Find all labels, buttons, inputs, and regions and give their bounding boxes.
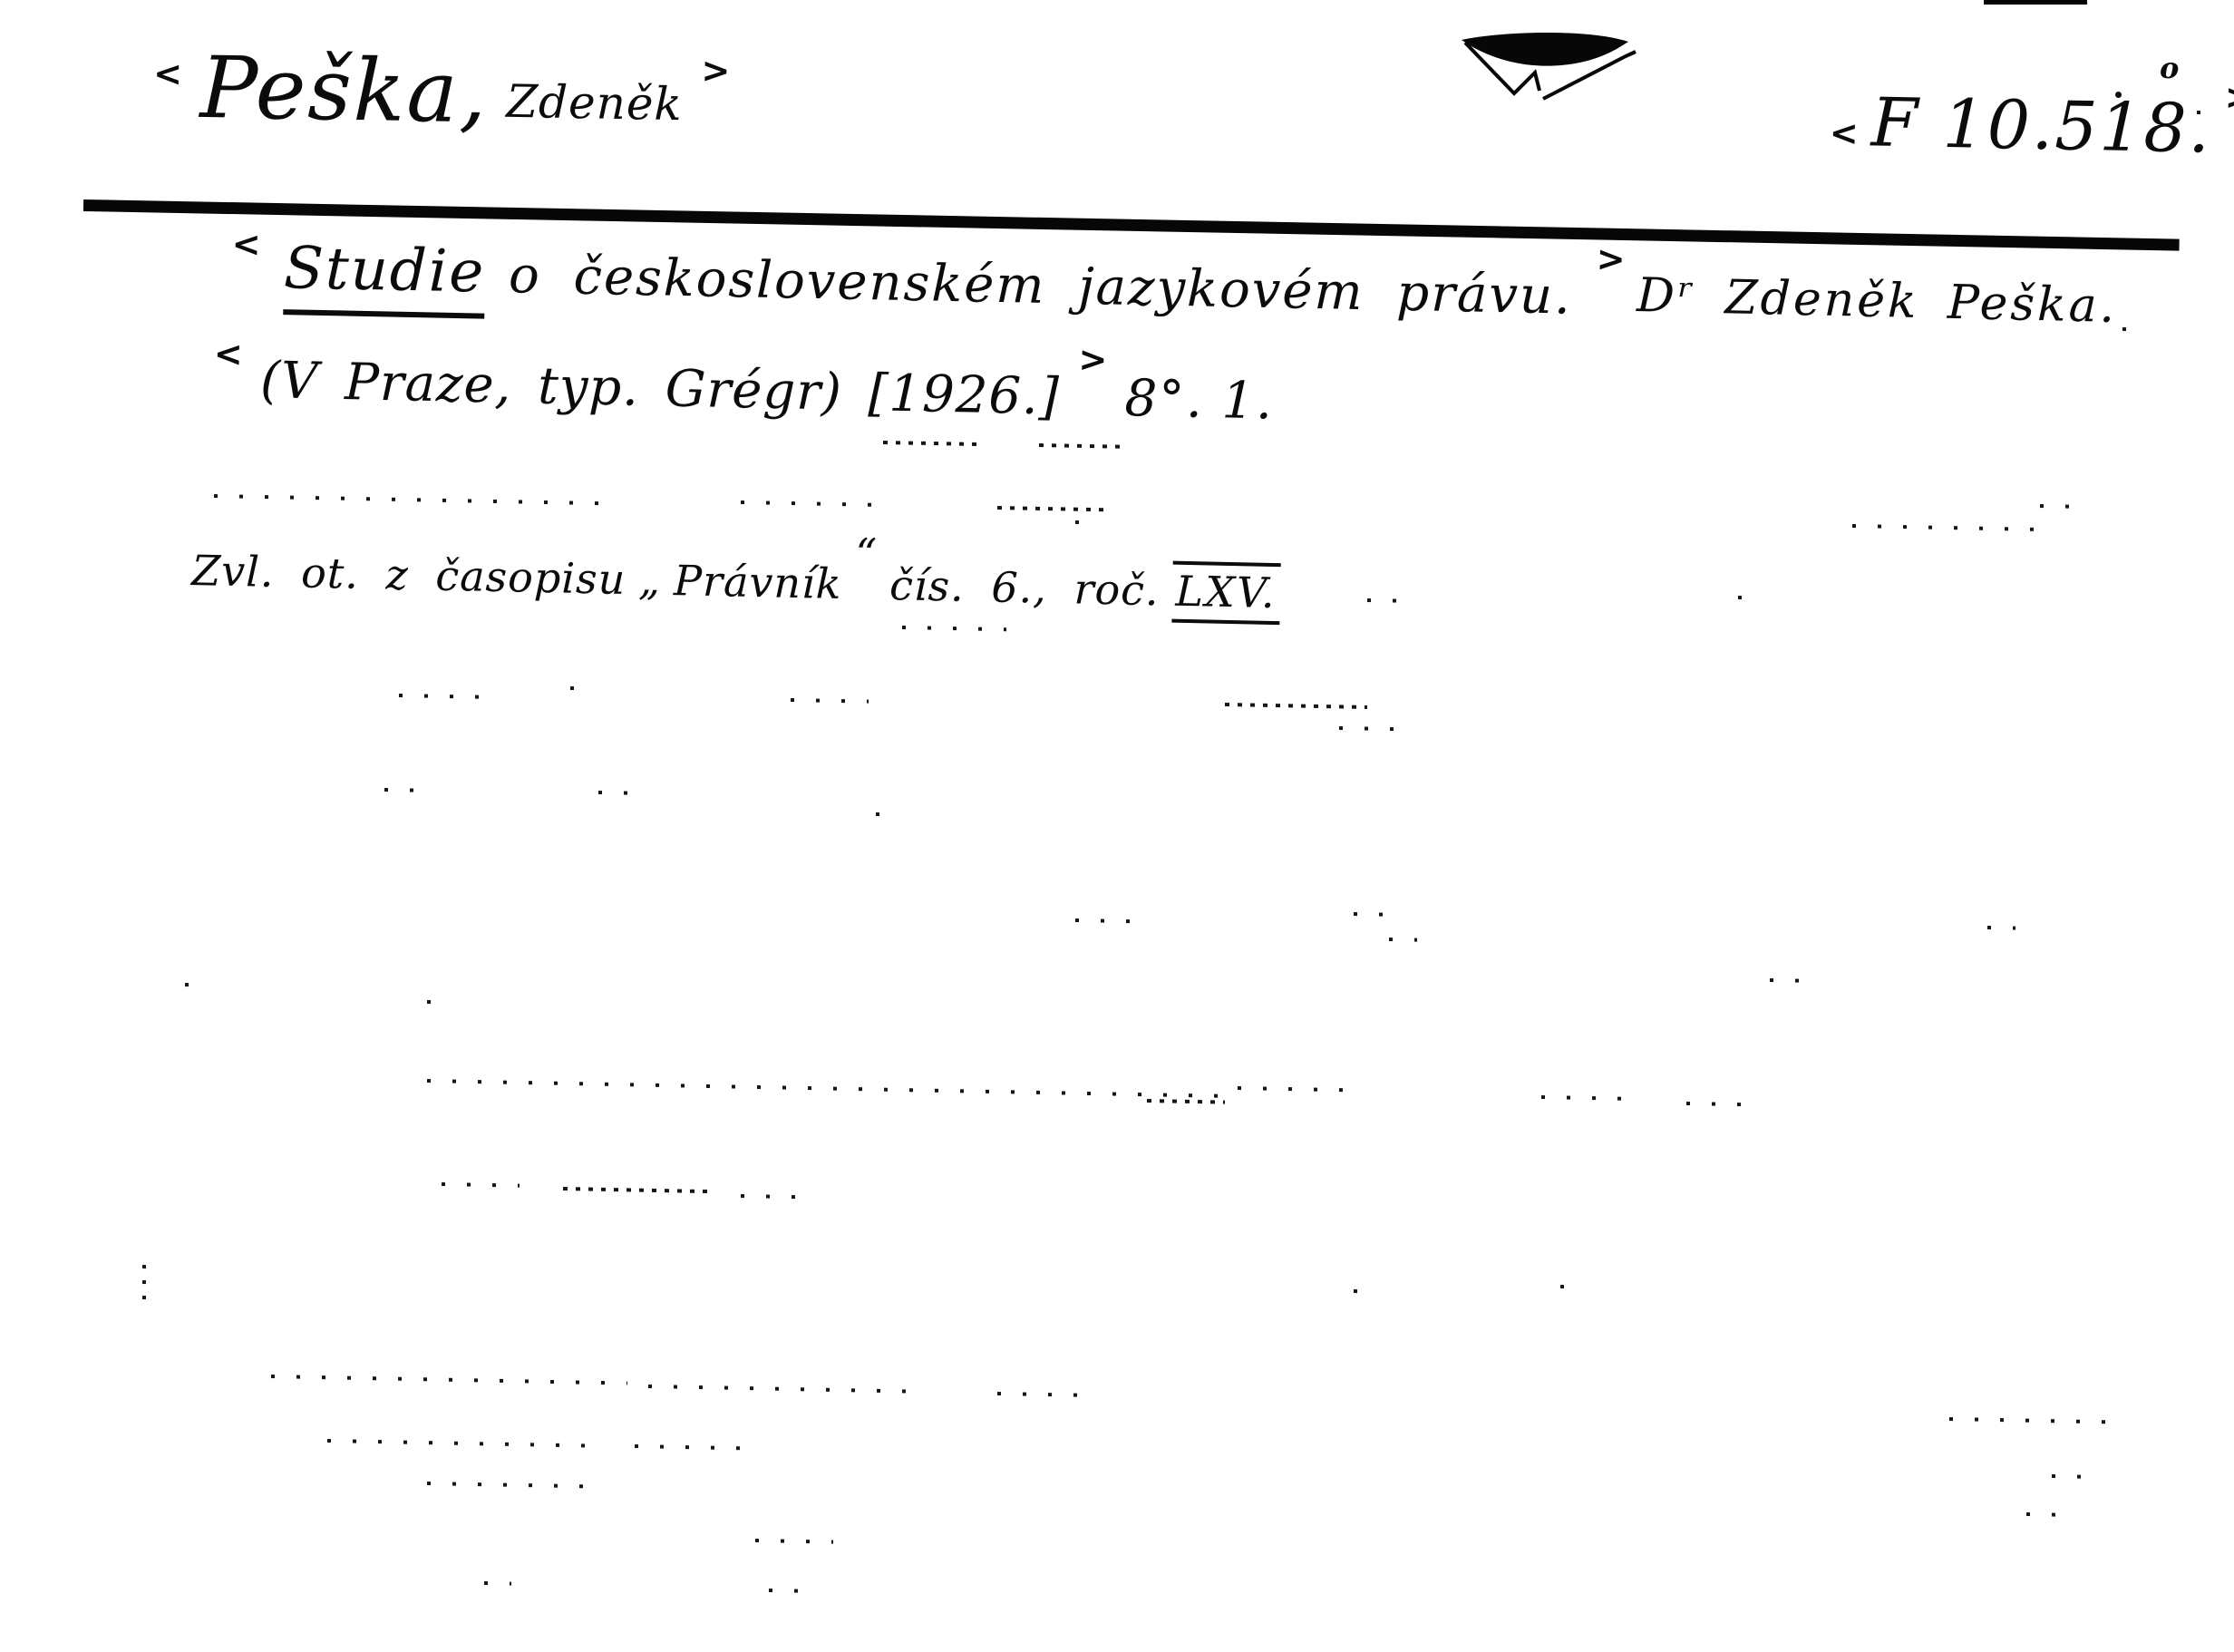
scan-noise-row	[741, 1194, 805, 1199]
scan-noise-row	[570, 686, 588, 690]
author-surname: Peška,	[199, 39, 490, 143]
scan-noise-row	[741, 500, 883, 507]
scan-noise-row	[1339, 726, 1411, 732]
author-forename: Zdeněk	[506, 75, 683, 131]
note-text-start: Zvl. ot. z časopisu	[191, 546, 626, 604]
scanned-catalog-card: < Peška, Zdeněk > < F 10.518. > o < Stud…	[0, 0, 2234, 1652]
imprint-place-printer-year: (V Praze, typ. Grégr) [1926.]	[259, 351, 1060, 426]
journal-quote-open: „	[638, 555, 662, 605]
scan-noise-row	[2197, 111, 2220, 114]
scan-noise-row	[142, 1296, 146, 1299]
scan-noise-row	[1770, 978, 1805, 983]
scan-noise-row	[1075, 520, 1089, 524]
scan-noise-row	[271, 1375, 627, 1385]
scan-noise-row	[1686, 1102, 1741, 1106]
scan-noise-row	[399, 694, 499, 699]
scan-noise-row	[1560, 1285, 1582, 1288]
scan-noise-row	[755, 1539, 833, 1544]
top-edge-artifact	[1984, 0, 2087, 5]
scan-noise-row	[1354, 912, 1396, 917]
insertion-open-mark: <	[231, 224, 261, 265]
title-rest: o československém jazykovém právu.	[508, 246, 1572, 326]
statement-of-responsibility: Dʳ Zdeněk Peška.	[1637, 268, 2118, 334]
scan-noise-row	[1367, 598, 1410, 603]
scan-noise-row	[997, 506, 1112, 511]
scan-noise-row	[327, 1439, 599, 1448]
insertion-open-mark: <	[1829, 113, 1859, 154]
shelfmark-value: F 10.518.	[1870, 83, 2212, 168]
scan-noise-row	[185, 983, 207, 986]
scan-noise-row	[2052, 1474, 2093, 1479]
scan-noise-row	[883, 441, 983, 446]
scan-noise-row	[1075, 918, 1140, 923]
insertion-open-mark: <	[213, 334, 243, 374]
scan-noise-row	[791, 698, 869, 704]
note-issue-text: čís. 6., roč.	[889, 560, 1161, 615]
scan-noise-row	[484, 1581, 511, 1586]
scan-noise-row	[2122, 327, 2133, 331]
insertion-close-mark: >	[701, 51, 731, 92]
arrowhead-stamp-icon	[1407, 20, 1688, 106]
scan-noise-row	[142, 1265, 146, 1268]
scan-noise-row	[635, 1444, 753, 1450]
scan-noise-row	[876, 812, 898, 816]
scan-noise-row	[1147, 1099, 1225, 1104]
scan-noise-row	[1039, 443, 1124, 449]
scan-noise-row	[142, 1280, 146, 1284]
scan-noise-row	[442, 1182, 520, 1188]
note-volume: LXV.	[1171, 561, 1281, 625]
corner-o-mark: o	[2160, 51, 2179, 85]
scan-noise-row	[2040, 504, 2076, 509]
imprint-format-extent: 8°. 1.	[1124, 369, 1275, 431]
scan-noise-row	[384, 788, 434, 792]
scan-noise-row	[997, 1392, 1083, 1397]
scan-noise-row	[214, 494, 604, 505]
insertion-close-mark: >	[1596, 238, 1626, 279]
note-line: Zvl. ot. z časopisu „ Právník “ čís. 6.,…	[191, 540, 1281, 625]
scan-noise-row	[427, 1482, 598, 1489]
scan-noise-row	[1389, 938, 1417, 942]
insertion-close-mark: >	[2224, 77, 2234, 118]
scan-noise-row	[2026, 1512, 2067, 1517]
insertion-open-mark: <	[153, 53, 183, 94]
scan-noise-row	[598, 791, 634, 795]
scan-noise-row	[769, 1589, 804, 1593]
journal-title: Právník	[674, 556, 843, 608]
scan-noise-row	[1354, 1289, 1371, 1293]
scan-noise-row	[1238, 1086, 1346, 1092]
shelfmark: < F 10.518. >	[1829, 83, 2234, 170]
scan-noise-row	[902, 626, 1006, 631]
imprint-line: < (V Praze, typ. Grégr) [1926.] > 8°. 1.	[213, 350, 1275, 431]
scan-noise-row	[1541, 1095, 1623, 1101]
scan-noise-row	[648, 1385, 919, 1394]
title-word-underlined: Studie	[283, 235, 486, 318]
insertion-close-mark: >	[1078, 339, 1108, 380]
author-heading: < Peška, Zdeněk >	[152, 38, 731, 147]
scan-noise-row	[1852, 524, 2052, 531]
ink-dot	[2115, 92, 2122, 98]
journal-quote-close: “	[855, 529, 879, 578]
scan-noise-row	[1949, 1417, 2122, 1424]
scan-noise-row	[427, 1079, 1225, 1098]
scan-noise-row	[1738, 596, 1760, 599]
scan-noise-row	[427, 1000, 444, 1004]
scan-noise-row	[1987, 926, 2015, 930]
scan-noise-row	[1225, 703, 1367, 709]
title-line: < Studie o československém jazykovém prá…	[230, 234, 1625, 342]
scan-noise-row	[563, 1187, 713, 1193]
